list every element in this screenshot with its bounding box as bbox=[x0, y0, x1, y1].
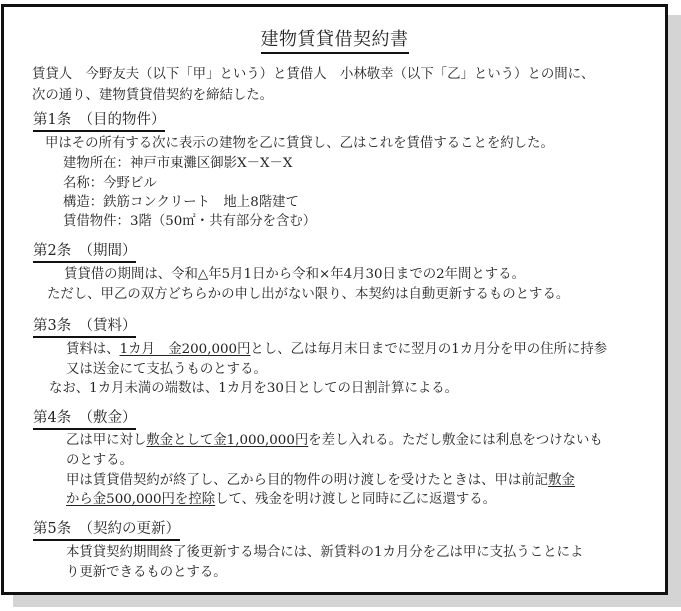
text: 甲は賃貸借契約が終了し、乙から目的物件の明け渡しを受けたときは、甲は前記 bbox=[66, 473, 548, 488]
article-1-structure: 構造：鉄筋コンクリート 地上8階建て bbox=[63, 194, 299, 212]
article-3-line-3: なお、1カ月未満の端数は、1カ月を30日としての日割計算による。 bbox=[49, 380, 458, 398]
deposit-amount: 敷金として金1,000,000円 bbox=[146, 433, 308, 448]
article-4-heading: 第4条 （敷金） bbox=[33, 409, 136, 430]
document-title: 建物賃貸借契約書 bbox=[4, 25, 665, 51]
text: を差し入れる。ただし敷金には利息をつけないも bbox=[308, 433, 603, 448]
article-1-heading: 第1条 （目的物件） bbox=[33, 111, 165, 132]
article-1-property: 賃借物件：3階（50㎡・共有部分を含む） bbox=[63, 213, 316, 231]
title-text: 建物賃貸借契約書 bbox=[261, 29, 409, 54]
article-2-line: ただし、甲乙の双方どちらかの申し出がない限り、本契約は自動更新するものとする。 bbox=[47, 286, 569, 304]
text: して、残金を明け渡しと同時に乙に返還する。 bbox=[215, 492, 496, 507]
article-4-line-2: のとする。 bbox=[66, 452, 133, 470]
text: 乙は甲に対し bbox=[66, 433, 146, 448]
text: とし、乙は毎月末日までに翌月の1カ月分を甲の住所に持参 bbox=[250, 342, 607, 357]
article-5-heading: 第5条 （契約の更新） bbox=[33, 520, 180, 541]
article-3-line-1: 賃料は、1カ月 金200,000円とし、乙は毎月末日までに翌月の1カ月分を甲の住… bbox=[66, 341, 607, 359]
article-3-line-2: 又は送金にて支払うものとする。 bbox=[66, 361, 267, 379]
article-1-name: 名称：今野ビル bbox=[63, 175, 157, 193]
text: 賃料は、 bbox=[66, 342, 120, 357]
article-3-heading: 第3条 （賃料） bbox=[33, 317, 136, 338]
article-5-line: 本賃貸契約期間終了後更新する場合には、新賃料の1カ月分を乙は甲に支払うことによ bbox=[66, 544, 583, 562]
article-4-line-4: から金500,000円を控除して、残金を明け渡しと同時に乙に返還する。 bbox=[66, 491, 496, 509]
article-2-line: 賃貸借の期間は、令和△年5月1日から令和×年4月30日までの2年間とする。 bbox=[64, 266, 525, 284]
article-2-heading: 第2条 （期間） bbox=[33, 242, 136, 263]
article-1-address: 建物所在：神戸市東灘区御影X－X－X bbox=[63, 155, 292, 173]
article-5-line: り更新できるものとする。 bbox=[66, 564, 227, 582]
article-4-line-1: 乙は甲に対し敷金として金1,000,000円を差し入れる。ただし敷金には利息をつ… bbox=[66, 432, 603, 450]
deduction-amount: から金500,000円を控除 bbox=[66, 492, 215, 507]
contract-document: 建物賃貸借契約書 賃貸人 今野友夫（以下「甲」という）と賃借人 小林敬幸（以下「… bbox=[1, 4, 668, 595]
article-4-line-3: 甲は賃貸借契約が終了し、乙から目的物件の明け渡しを受けたときは、甲は前記敷金 bbox=[66, 472, 575, 490]
deposit-term: 敷金 bbox=[548, 473, 575, 488]
article-1-line: 甲はその所有する次に表示の建物を乙に賃貸し、乙はこれを賃借することを約した。 bbox=[45, 135, 554, 153]
rent-amount: 1カ月 金200,000円 bbox=[120, 342, 251, 357]
intro-line-2: 次の通り、建物賃貸借契約を締結した。 bbox=[32, 87, 273, 105]
intro-line-1: 賃貸人 今野友夫（以下「甲」という）と賃借人 小林敬幸（以下「乙」という）との間… bbox=[32, 66, 594, 84]
